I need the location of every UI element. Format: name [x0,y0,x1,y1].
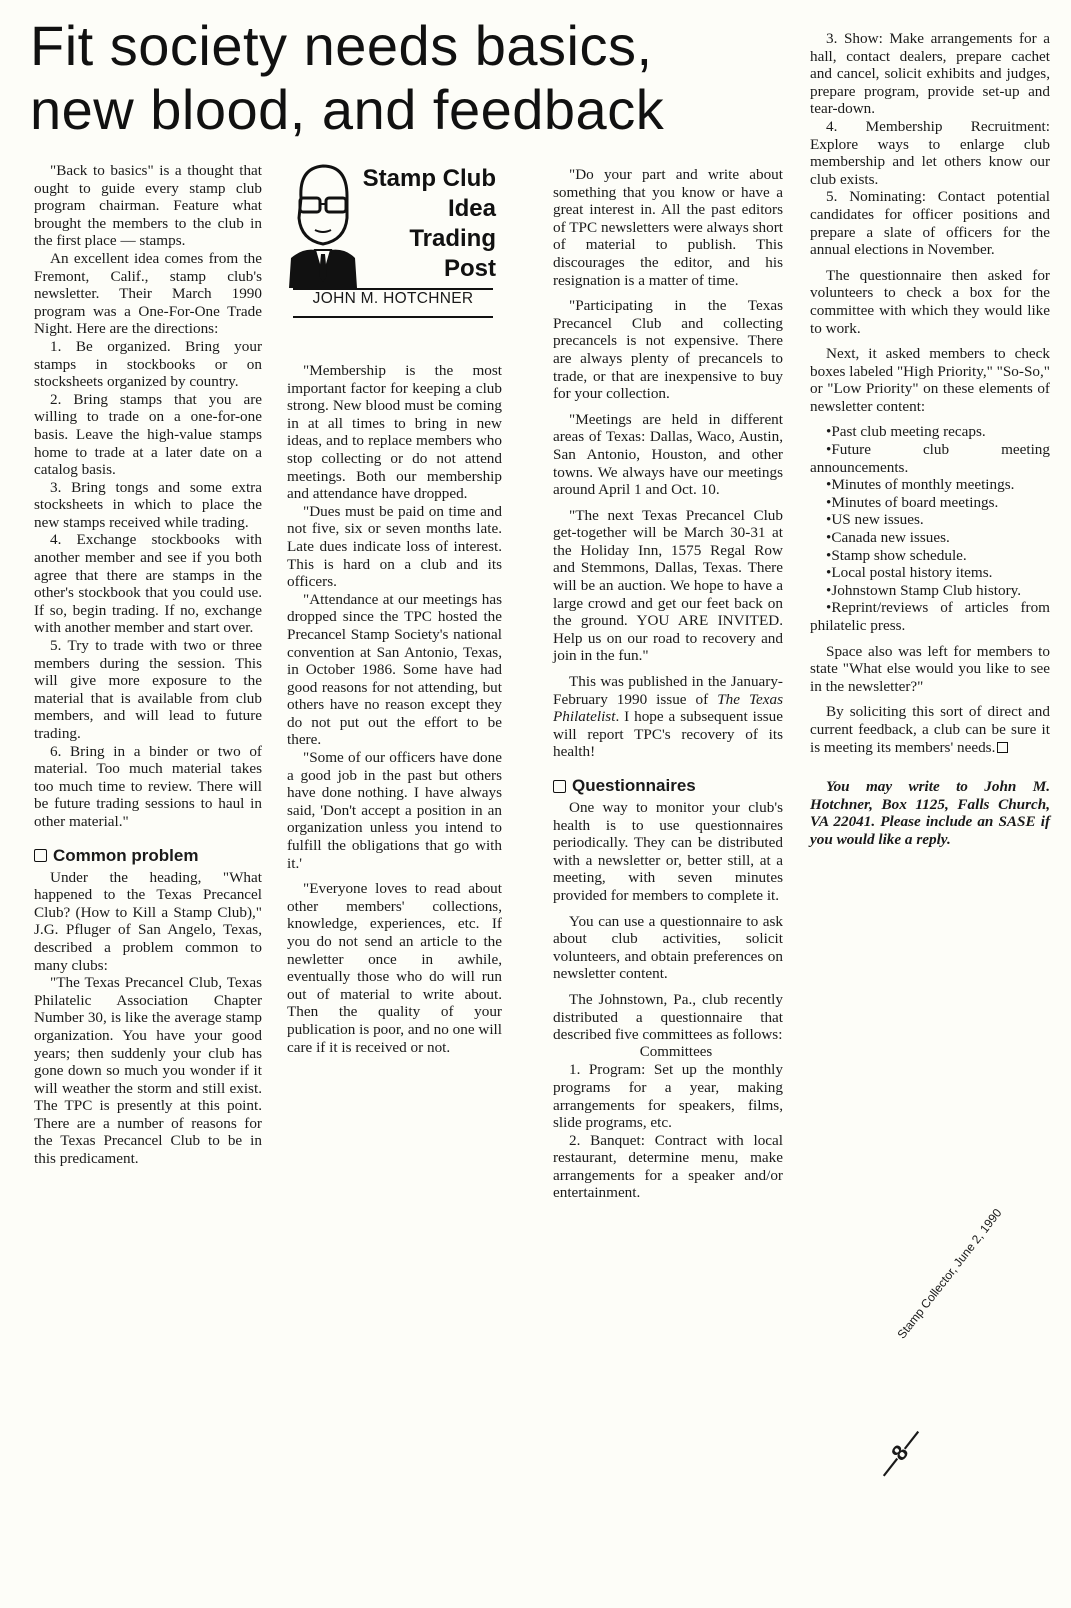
list-item: 3. Bring tongs and some extra stocksheet… [34,479,262,532]
paragraph: Next, it asked members to check boxes la… [810,345,1050,415]
list-item: 5. Try to trade with two or three member… [34,637,262,743]
paragraph: One way to monitor your club's health is… [553,799,783,905]
column-1: "Back to basics" is a thought that ought… [34,162,262,1168]
section-heading-common-problem: Common problem [34,845,262,867]
paragraph: "The Texas Precancel Club, Texas Philate… [34,974,262,1168]
list-item: 2. Bring stamps that you are willing to … [34,391,262,479]
divider [293,316,493,318]
list-item: 1. Be organized. Bring your stamps in st… [34,338,262,391]
column-2: "Membership is the most important factor… [287,362,502,1056]
paragraph: "Membership is the most important factor… [287,362,502,503]
paragraph: By soliciting this sort of direct and cu… [810,703,1050,756]
headline-line-1: Fit society needs basics, [30,14,653,77]
paragraph: "Everyone loves to read about other memb… [287,880,502,1056]
column-3: "Do your part and write about something … [553,166,783,1202]
committee-item: 3. Show: Make arrangements for a hall, c… [810,30,1050,118]
paragraph: "Meetings are held in different areas of… [553,411,783,499]
bullet-item: •Future club meeting announcements. [810,441,1050,476]
bullet-item: •Local postal history items. [810,564,1050,582]
source-credit: Stamp Collector, June 2, 1990 [894,1206,1004,1341]
checkbox-square-icon [553,780,566,793]
paragraph: The questionnaire then asked for volunte… [810,267,1050,337]
paragraph: "Back to basics" is a thought that ought… [34,162,262,250]
author-portrait-icon [283,158,361,288]
committee-item: 4. Membership Recruitment: Explore ways … [810,118,1050,188]
paragraph: The Johnstown, Pa., club recently distri… [553,991,783,1044]
bullet-item: •Stamp show schedule. [810,547,1050,565]
bullet-item: •Reprint/reviews of articles from philat… [810,599,1050,634]
paragraph: "Do your part and write about something … [553,166,783,289]
list-item: 6. Bring in a binder or two of material.… [34,743,262,831]
committee-item: 5. Nominating: Contact potential candida… [810,188,1050,258]
bullet-item: •US new issues. [810,511,1050,529]
headline-line-2: new blood, and feedback [30,78,664,141]
paragraph: "Participating in the Texas Precancel Cl… [553,297,783,403]
paragraph: An excellent idea comes from the Fremont… [34,250,262,338]
bullet-item: •Johnstown Stamp Club history. [810,582,1050,600]
committees-heading: Committees [553,1044,783,1062]
logo-title-line: Post [444,254,496,284]
paragraph: "Dues must be paid on time and not five,… [287,503,502,591]
page-number: —8— [873,1423,928,1483]
paragraph: You can use a questionnaire to ask about… [553,913,783,983]
committee-item: 1. Program: Set up the monthly programs … [553,1061,783,1131]
paragraph: Under the heading, "What happened to the… [34,869,262,975]
author-byline: JOHN M. HOTCHNER [293,290,493,308]
checkbox-square-icon [34,849,47,862]
contact-note: You may write to John M. Hotchner, Box 1… [810,778,1050,848]
committee-item: 2. Banquet: Contract with local restaura… [553,1132,783,1202]
bullet-item: •Past club meeting recaps. [810,423,1050,441]
paragraph: "The next Texas Precancel Club get-toget… [553,507,783,665]
headline: Fit society needs basics, new blood, and… [30,14,790,142]
paragraph: "Attendance at our meetings has dropped … [287,591,502,749]
bullet-item: •Canada new issues. [810,529,1050,547]
logo-title-line: Idea [448,194,496,224]
logo-title-line: Trading [409,224,496,254]
published-note: This was published in the January-Februa… [553,673,783,761]
column-logo: Stamp Club Idea Trading Post JOHN M. HOT… [283,158,508,328]
end-mark-icon [997,742,1008,753]
paragraph: Space also was left for members to state… [810,643,1050,696]
bullet-item: •Minutes of monthly meetings. [810,476,1050,494]
column-4: 3. Show: Make arrangements for a hall, c… [810,6,1050,849]
bullet-item: •Minutes of board meetings. [810,494,1050,512]
logo-title-line: Stamp Club [363,164,496,194]
paragraph: "Some of our officers have done a good j… [287,749,502,872]
section-heading-questionnaires: Questionnaires [553,775,783,797]
list-item: 4. Exchange stockbooks with another memb… [34,531,262,637]
